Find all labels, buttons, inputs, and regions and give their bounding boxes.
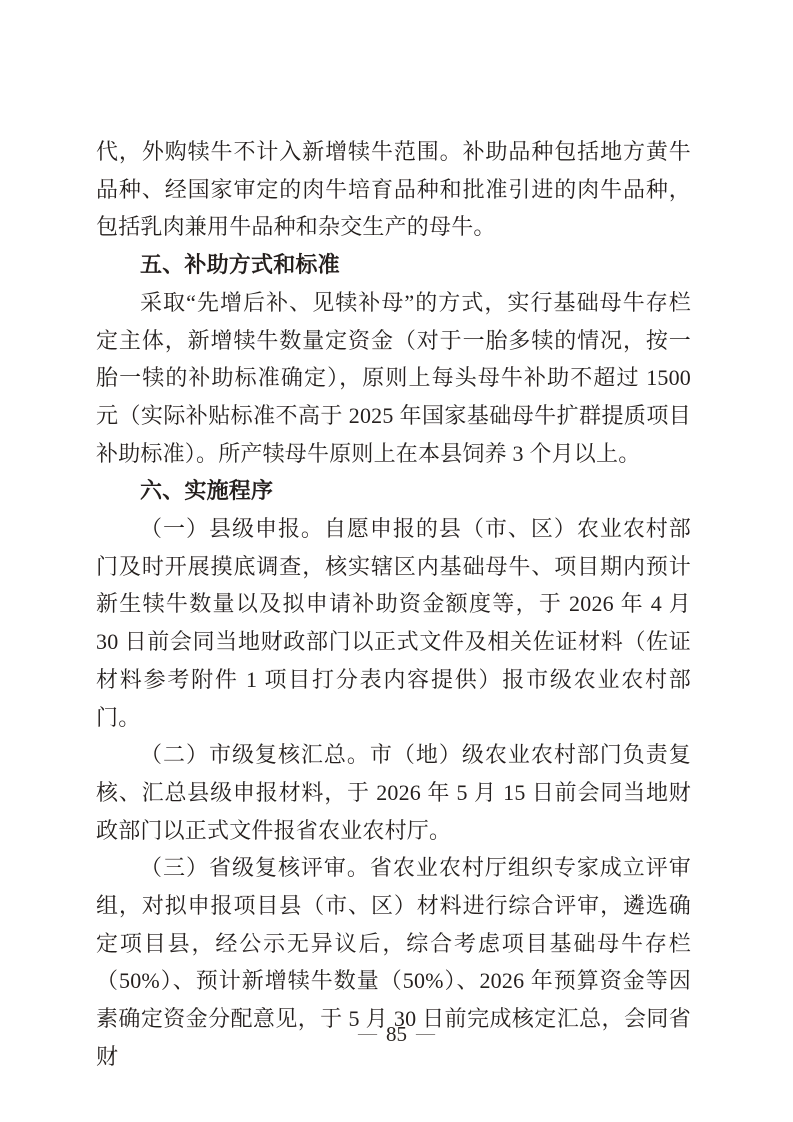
paragraph: 采取“先增后补、见犊补母”的方式，实行基础母牛存栏定主体，新增犊牛数量定资金（对… (96, 284, 691, 473)
page-number: 85 (386, 1022, 407, 1046)
document-content: 代，外购犊牛不计入新增犊牛范围。补助品种包括地方黄牛品种、经国家审定的肉牛培育品… (96, 133, 691, 1076)
paragraph-lead: （三）省级复核评审。 (140, 855, 370, 880)
paragraph-lead: （一）县级申报。 (140, 516, 324, 541)
paragraph: 代，外购犊牛不计入新增犊牛范围。补助品种包括地方黄牛品种、经国家审定的肉牛培育品… (96, 133, 691, 246)
page-footer: —85— (0, 1022, 793, 1047)
section-heading: 五、补助方式和标准 (96, 246, 691, 284)
footer-dash-right: — (407, 1023, 444, 1044)
paragraph: （一）县级申报。自愿申报的县（市、区）农业农村部门及时开展摸底调查，核实辖区内基… (96, 510, 691, 736)
section-heading: 六、实施程序 (96, 472, 691, 510)
paragraph: （二）市级复核汇总。市（地）级农业农村部门负责复核、汇总县级申报材料，于 202… (96, 736, 691, 849)
footer-dash-left: — (349, 1023, 386, 1044)
paragraph-lead: （二）市级复核汇总。 (140, 742, 370, 767)
paragraph-text: 自愿申报的县（市、区）农业农村部门及时开展摸底调查，核实辖区内基础母牛、项目期内… (96, 516, 691, 730)
document-page: 代，外购犊牛不计入新增犊牛范围。补助品种包括地方黄牛品种、经国家审定的肉牛培育品… (0, 0, 793, 1122)
